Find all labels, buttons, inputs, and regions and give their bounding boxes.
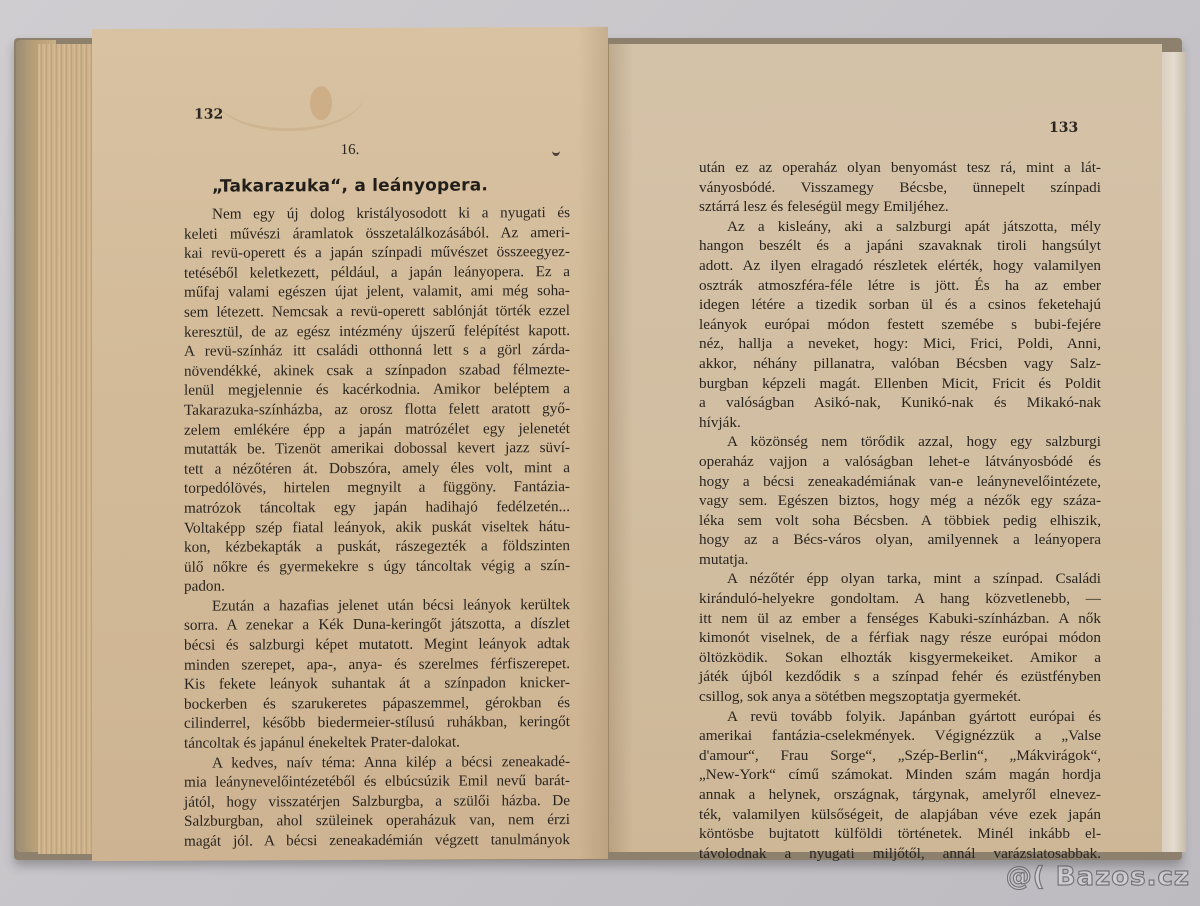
text-line: mia leánynevelőintézetéből és elbúcsúzik… <box>184 771 570 792</box>
text-line: minden szerepet, apa-, anya- és szerelme… <box>184 654 570 675</box>
chapter-number: 16. <box>92 141 608 160</box>
text-line: A közönség nem törődik azzal, hogy egy s… <box>699 432 1101 452</box>
text-line: mutatták be. Tizenöt amerikai dobossal k… <box>184 438 570 459</box>
page-number-right: 133 <box>1049 120 1078 136</box>
text-line: zelem emlékére épp a japán matrózélet eg… <box>184 419 570 440</box>
text-line: Takarazuka-színházba, az orosz flotta fe… <box>184 399 570 420</box>
text-line: tett a nézőtéren át. Dobszóra, amely éle… <box>184 458 570 479</box>
text-line: kai revü-operett és a japán színpadi műv… <box>184 242 570 263</box>
text-line: „New-York“ című számokat. Minden szám ma… <box>699 765 1101 785</box>
text-line: burgban képzeli magát. Ellenben Micit, F… <box>699 374 1101 394</box>
text-line: táncoltak és japánul énekeltek Prater-da… <box>184 732 570 753</box>
text-line: Nem egy új dolog kristályosodott ki a ny… <box>184 203 570 224</box>
text-line: műfaj valami egészen újat jelent, valami… <box>184 281 570 302</box>
text-line: hangon beszélt és a japáni szavaknak tir… <box>699 236 1101 256</box>
text-line: keleti művészi áramlatok összetalálkozás… <box>184 223 570 244</box>
text-line: annak a helynek, országnak, tárgynak, am… <box>699 785 1101 805</box>
text-line: padon. <box>184 575 570 596</box>
text-line: d'amour“, Frau Sorge“, „Szép-Berlin“, „M… <box>699 746 1101 766</box>
text-line: kiránduló-helyekre gondoltam. A hang köz… <box>699 589 1101 609</box>
right-page-body-text: után ez az operaház olyan benyomást tesz… <box>699 158 1101 863</box>
text-line: A revü tovább folyik. Japánban gyártott … <box>699 707 1101 727</box>
text-line: hogy az a Bécs-város olyan, amilyennek a… <box>699 530 1101 550</box>
text-line: léka sem volt soha Bécsben. A többiek pe… <box>699 511 1101 531</box>
left-page: 132 16. „Takarazuka“, a leányopera. Nem … <box>92 27 608 861</box>
text-line: a valóságban Asikó-nak, Kunikó-nak és Mi… <box>699 393 1101 413</box>
text-line: sorra. A zenekar a Kék Duna-keringőt ját… <box>184 615 570 636</box>
ink-mark <box>552 145 560 156</box>
text-line: hogy a bécsi zeneakadémiának van-e leány… <box>699 472 1101 492</box>
text-line: ványosbódé. Visszamegy Bécsbe, ünnepelt … <box>699 178 1101 198</box>
text-line: néz, hallja a neveket, hogy: Mici, Frici… <box>699 334 1101 354</box>
text-line: akkor, néhány pillanatra, valóban Bécsbe… <box>699 354 1101 374</box>
text-line: itt nem ül az ember a fenséges Kabuki-sz… <box>699 609 1101 629</box>
text-line: bécsi és salzburgi képet mutatott. Megin… <box>184 634 570 655</box>
text-line: operaház vajjon a valóságban lehet-e lát… <box>699 452 1101 472</box>
text-line: cilinderrel, később biedermeier-stílusú … <box>184 712 570 733</box>
text-line: sztárrá lesz és feleségül megy Emiljéhez… <box>699 197 1101 217</box>
text-line: vagy sem. Egészen biztos, hogy még a néz… <box>699 491 1101 511</box>
text-line: torpedólövés, hirtelen megnyilt a függön… <box>184 477 570 498</box>
text-line: adott. Az ilyen elragadó részletek elért… <box>699 256 1101 276</box>
text-line: Salzburgban, ahol szüleinek operaházuk v… <box>184 810 570 831</box>
text-line: idegen létére a tizedik sorban ül és a c… <box>699 295 1101 315</box>
text-line: ték, valamilyen külsőségeit, de alapjába… <box>699 805 1101 825</box>
text-line: amerikai fantázia-cselekmények. Végignéz… <box>699 726 1101 746</box>
text-line: köntösbe bujtatott külföldi történetek. … <box>699 824 1101 844</box>
text-line: Az a kisleány, aki a salzburgi apát játs… <box>699 217 1101 237</box>
text-line: Kis fekete leányok suhantak át a színpad… <box>184 673 570 694</box>
right-page-stack <box>1160 52 1186 852</box>
text-line: bockerben és szarukeretes pápaszemmel, g… <box>184 693 570 714</box>
left-page-body-text: Nem egy új dolog kristályosodott ki a ny… <box>184 203 570 851</box>
text-line: távolodnak a nyugati miljőtől, annál var… <box>699 844 1101 864</box>
text-line: Ezután a hazafias jelenet után bécsi leá… <box>184 595 570 616</box>
text-line: osztrák atmoszféra-féle létre is jött. É… <box>699 276 1101 296</box>
text-line: magát jól. A bécsi zeneakadémián végzett… <box>184 830 570 851</box>
text-line: után ez az operaház olyan benyomást tesz… <box>699 158 1101 178</box>
text-line: lenül megjelennie és kacérkodnia. Amikor… <box>184 379 570 400</box>
text-line: jától, hogy visszatérjen Salzburgba, a s… <box>184 791 570 812</box>
chapter-title: „Takarazuka“, a leányopera. <box>92 175 608 197</box>
text-line: növendékké, akinek csak a színpadon szab… <box>184 360 570 381</box>
right-page: 133 után ez az operaház olyan benyomást … <box>608 44 1162 852</box>
text-line: hívják. <box>699 413 1101 433</box>
text-line: mutatja. <box>699 550 1101 570</box>
text-line: ülő nőkre és gyermekekre s úgy táncoltak… <box>184 556 570 577</box>
text-line: Voltaképp szép fiatal leányok, akik pusk… <box>184 517 570 538</box>
water-stain-spot <box>310 86 332 120</box>
text-line: matrózok táncoltak egy japán hadihajó fe… <box>184 497 570 518</box>
text-line: A revü-színház itt családi otthonná lett… <box>184 340 570 361</box>
text-line: A kedves, naív téma: Anna kilép a bécsi … <box>184 752 570 773</box>
text-line: játék újból kezdődik s a színpad fehér é… <box>699 667 1101 687</box>
text-line: öltözködik. Sokan elhozták kisgyermekeik… <box>699 648 1101 668</box>
text-line: csillog, sok anya a sötétben megszoptatj… <box>699 687 1101 707</box>
text-line: kimonót viselnek, de a férfiak nagy rész… <box>699 628 1101 648</box>
text-line: A nézőtér épp olyan tarka, mint a színpa… <box>699 569 1101 589</box>
bazos-watermark: @( Bazos.cz <box>1006 862 1190 892</box>
text-line: tetéséből keletkezett, például, a japán … <box>184 262 570 283</box>
text-line: keresztül, de az egész intézmény újszerű… <box>184 321 570 342</box>
text-line: sem létezett. Nemcsak a revü-operett sab… <box>184 301 570 322</box>
page-number-left: 132 <box>194 107 223 123</box>
text-line: leányok európai módon festett szemébe s … <box>699 315 1101 335</box>
water-stain <box>214 58 364 132</box>
text-line: kon, kézbekapták a puskát, rászegezték a… <box>184 536 570 557</box>
